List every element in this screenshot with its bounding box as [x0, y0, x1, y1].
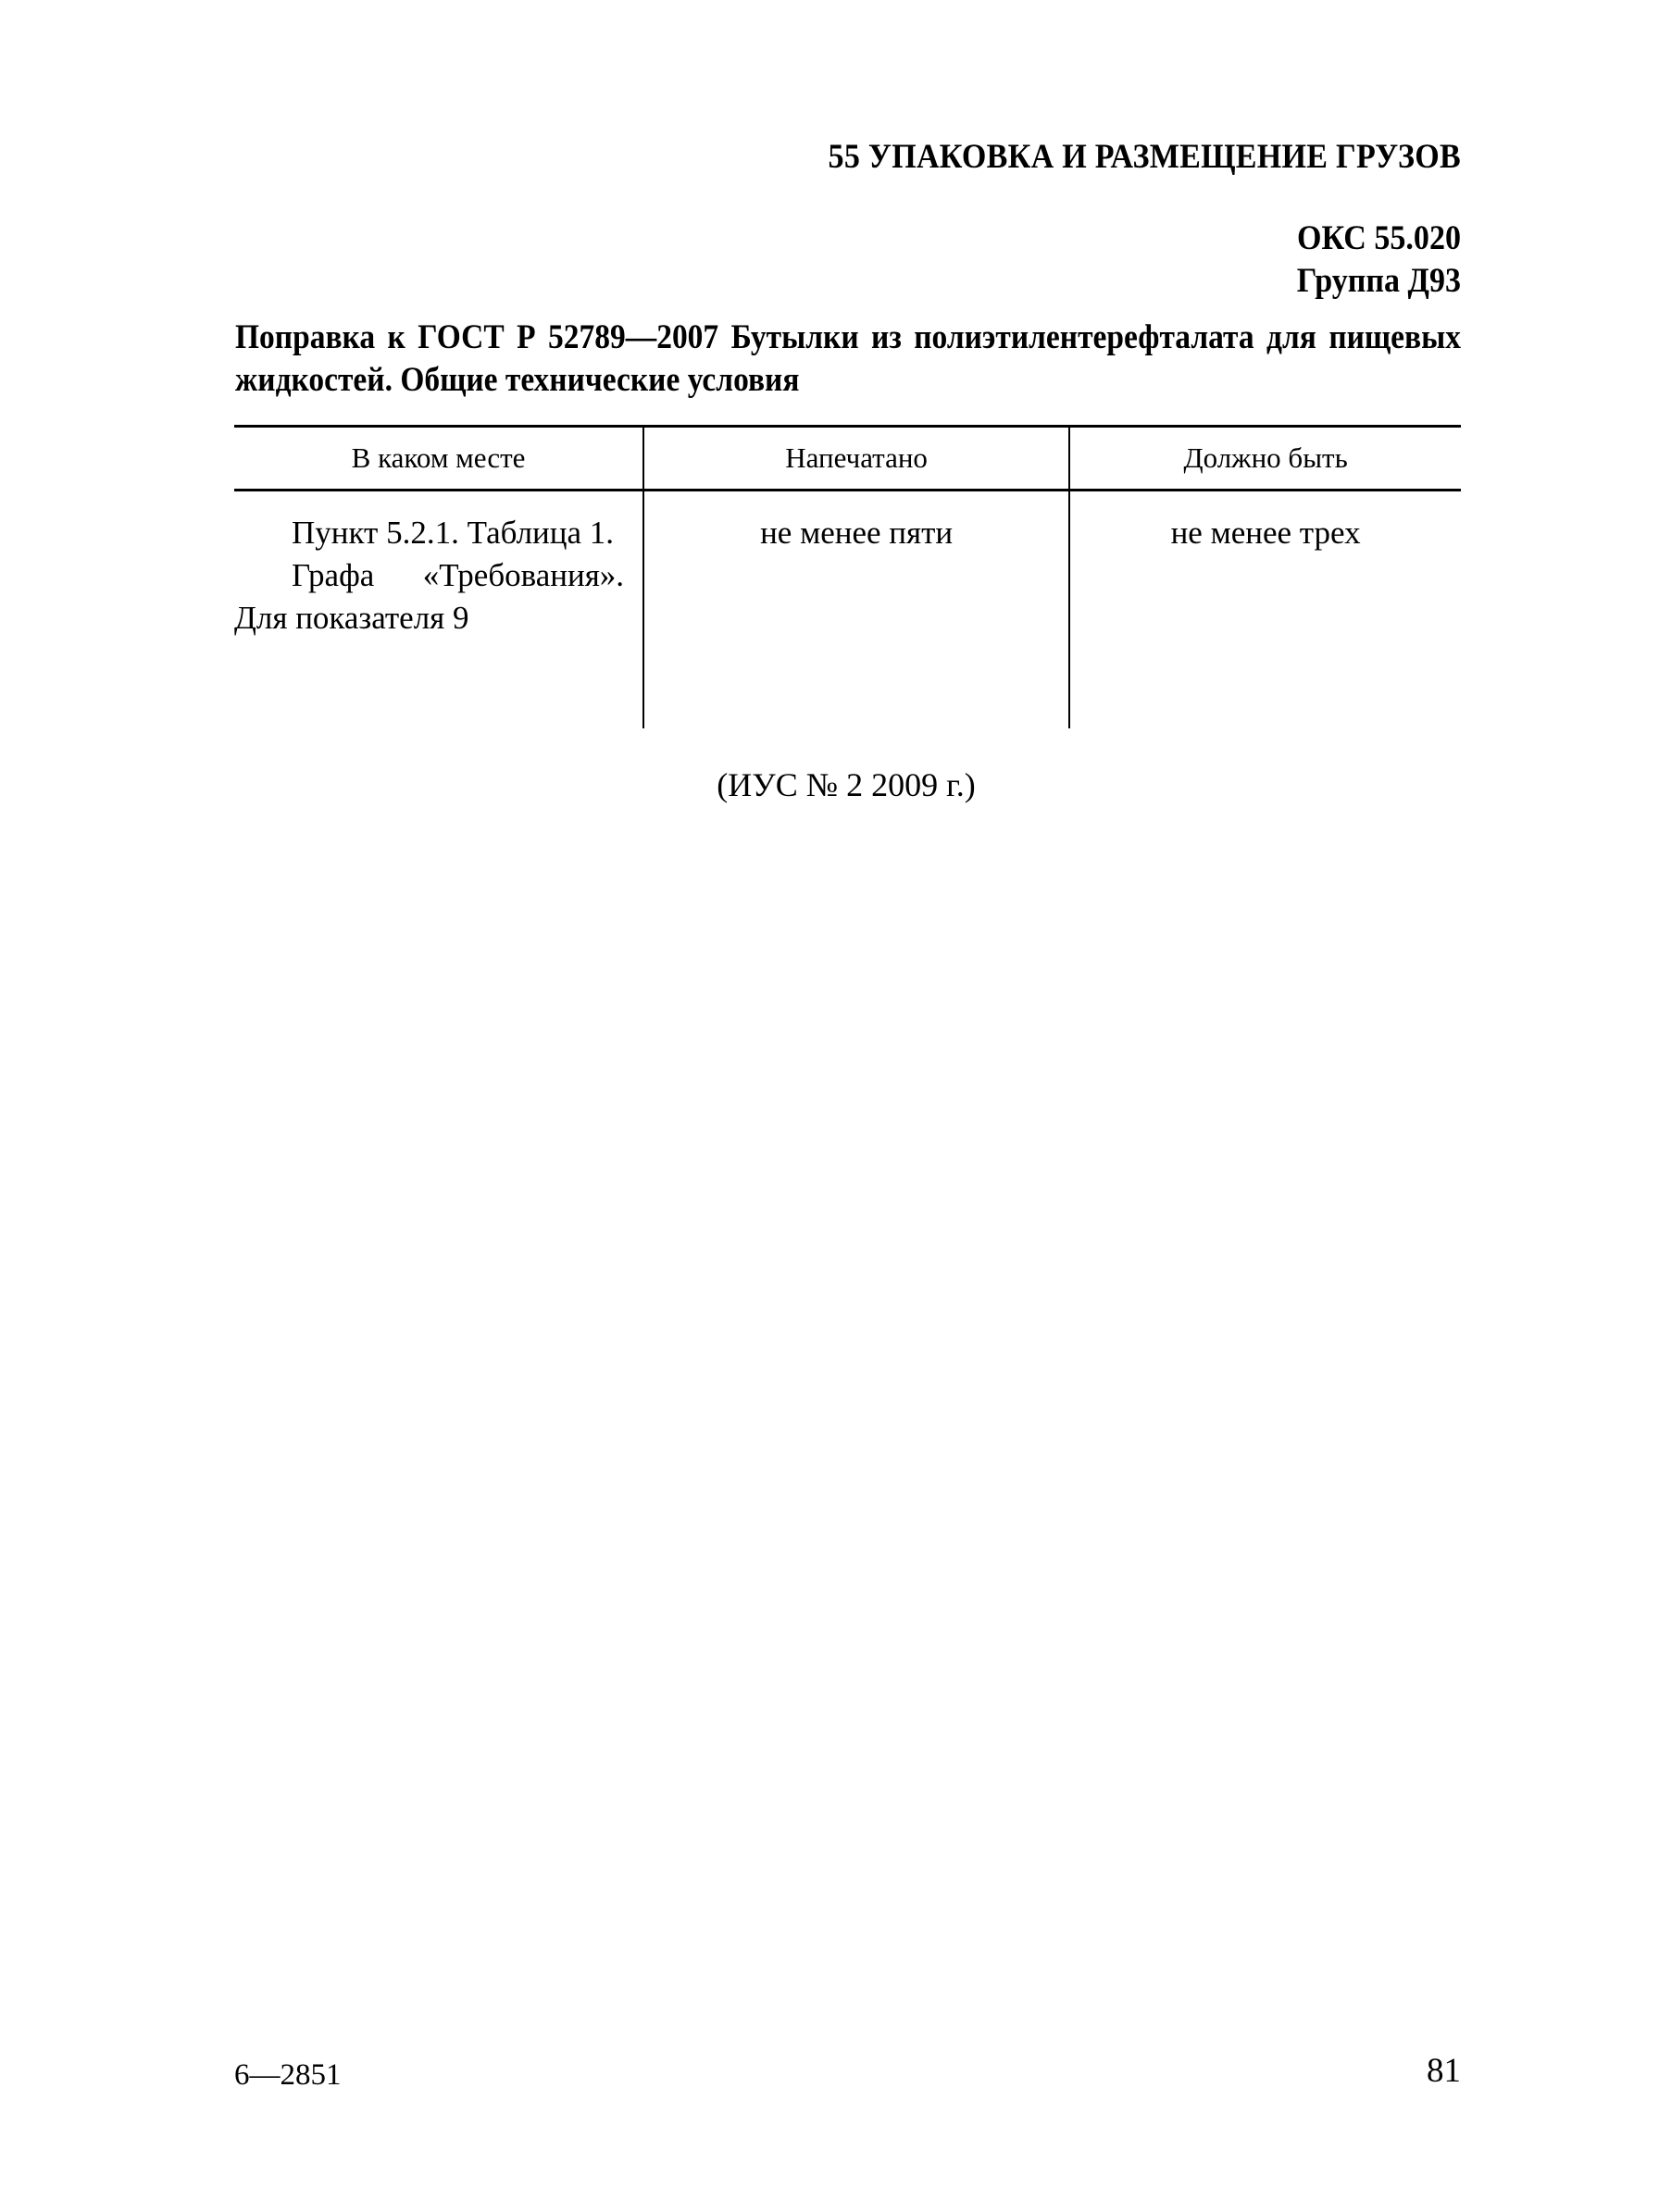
column-header-should-be: Должно быть	[1069, 427, 1461, 491]
group-code: Группа Д93	[330, 260, 1461, 303]
oks-code: ОКС 55.020	[330, 217, 1461, 260]
table-row: Пункт 5.2.1. Таблица 1. Графа «Требовани…	[234, 491, 1461, 729]
cell-where: Пункт 5.2.1. Таблица 1. Графа «Требовани…	[234, 491, 643, 729]
corrections-table: В каком месте Напечатано Должно быть Пун…	[234, 425, 1461, 728]
amendment-title-text: Поправка к ГОСТ Р 52789—2007 Бутылки из …	[235, 317, 1461, 402]
where-line: Пункт 5.2.1. Таблица 1.	[234, 512, 624, 554]
amendment-title: Поправка к ГОСТ Р 52789—2007 Бутылки из …	[235, 317, 1461, 402]
classification-block: ОКС 55.020 Группа Д93	[231, 217, 1461, 303]
table-header-row: В каком месте Напечатано Должно быть	[234, 427, 1461, 491]
column-header-printed: Напечатано	[643, 427, 1069, 491]
section-title: 55 УПАКОВКА И РАЗМЕЩЕНИЕ ГРУЗОВ	[330, 137, 1461, 178]
footer-code: 6—2851	[234, 2057, 342, 2094]
cell-should-be: не менее трех	[1069, 491, 1461, 729]
cell-printed: не менее пяти	[643, 491, 1069, 729]
page-number: 81	[1427, 2053, 1461, 2090]
column-header-where: В каком месте	[234, 427, 643, 491]
source-note: (ИУС № 2 2009 г.)	[231, 764, 1461, 805]
where-line: Графа «Требования». Для показателя 9	[234, 554, 624, 640]
